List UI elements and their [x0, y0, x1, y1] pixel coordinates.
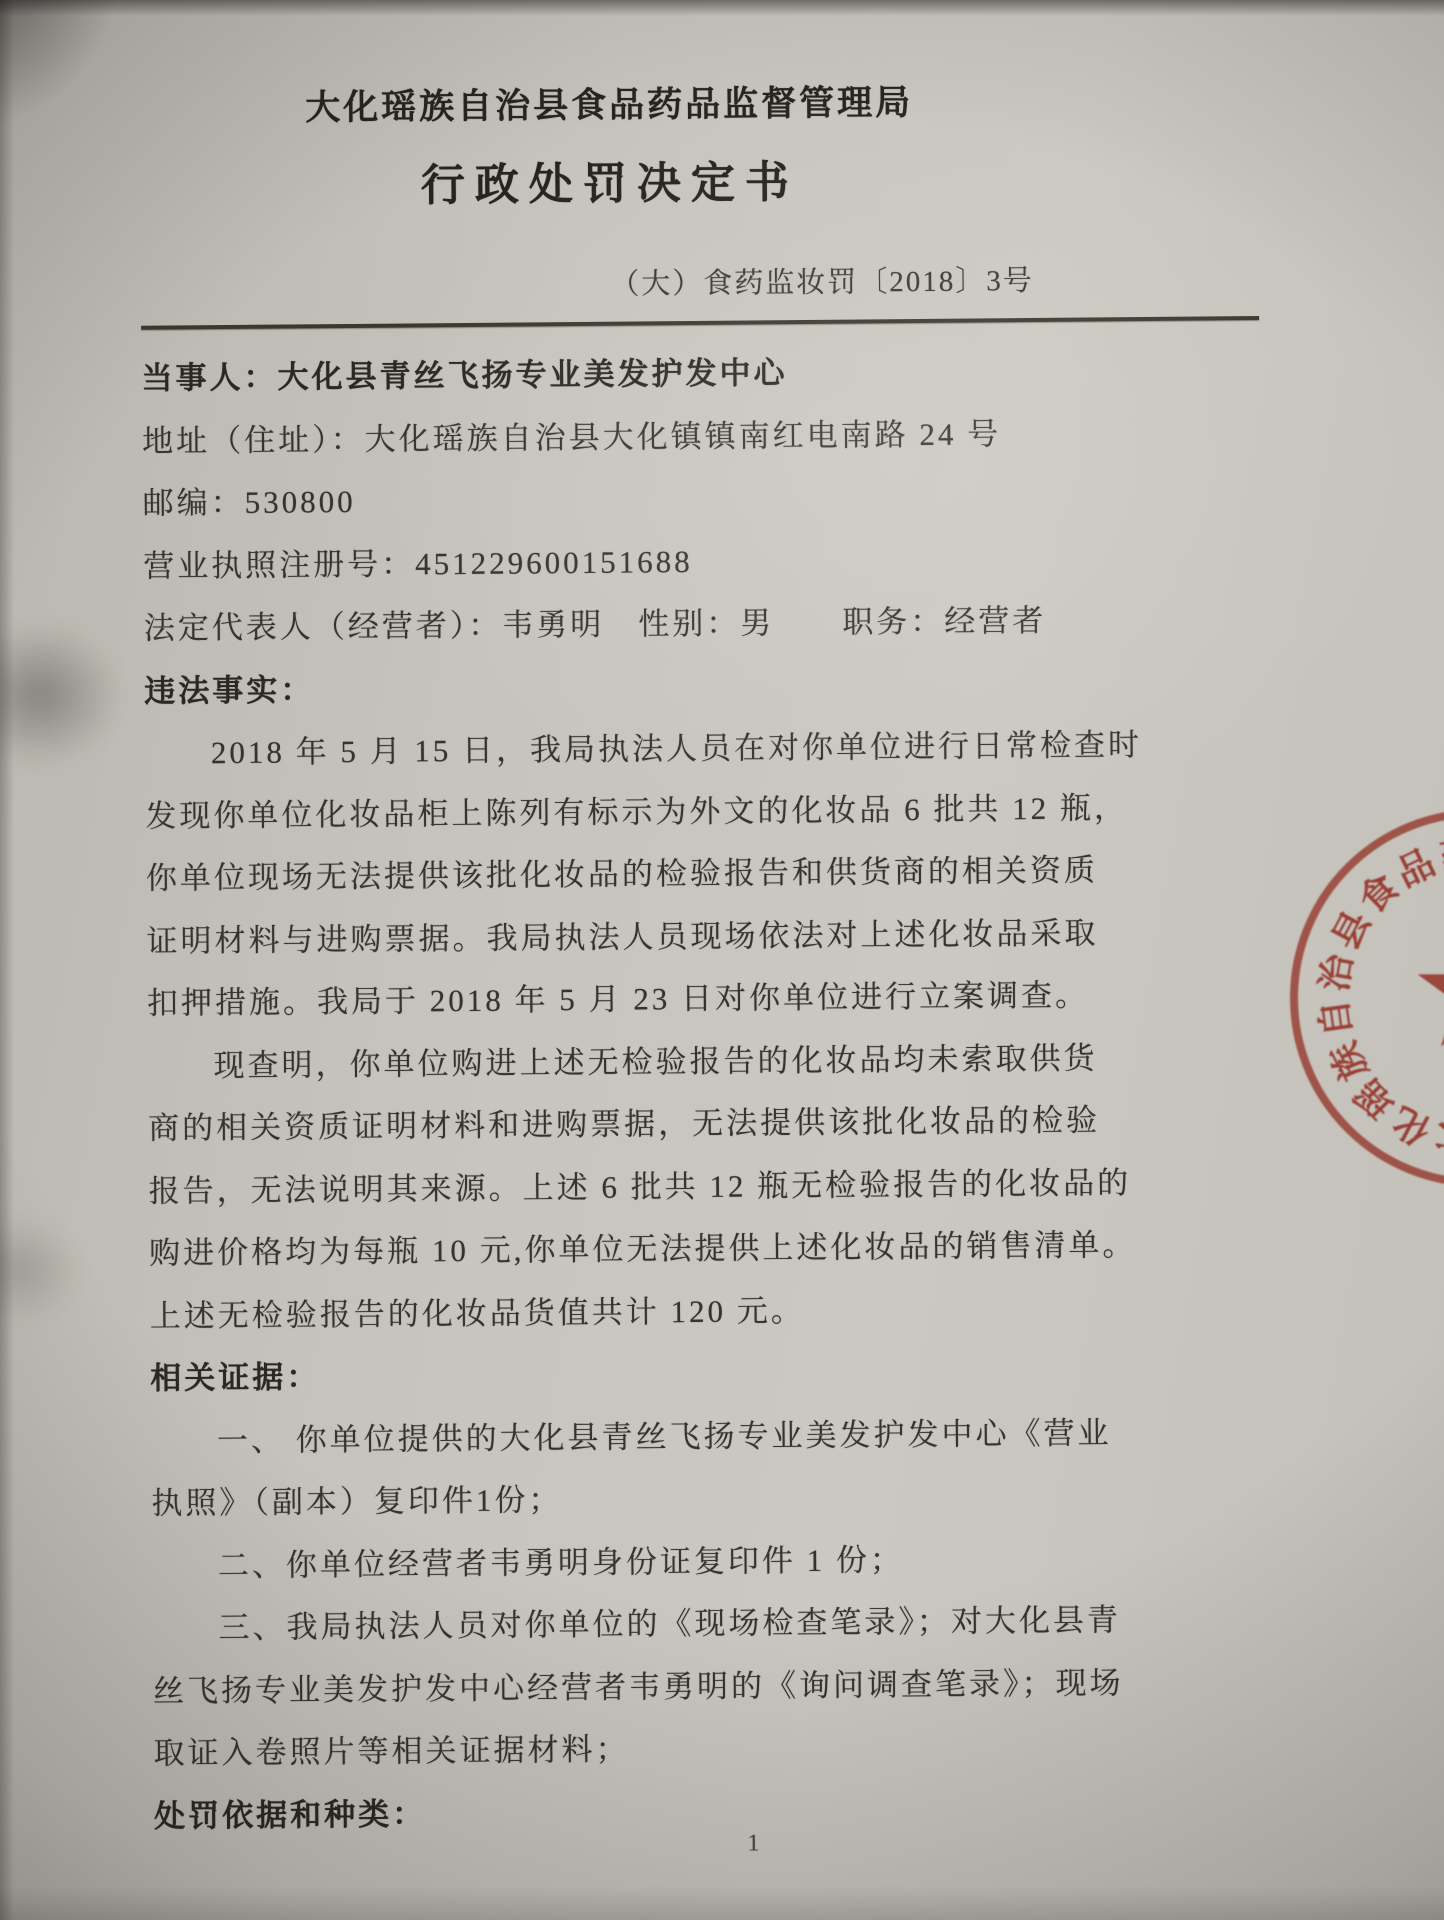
- body-line-license-no: 营业执照注册号：451229600151688: [143, 527, 1129, 598]
- body-line-postcode: 邮编：530800: [142, 464, 1128, 535]
- evidence-item-1: 一、 你单位提供的大化县青丝飞扬专业美发护发中心《营业: [151, 1402, 1137, 1473]
- document-title: 行政处罚决定书: [95, 143, 1126, 216]
- penalty-decision-document: 大化瑶族自治县食品药品监督管理局 行政处罚决定书 （大）食药监妆罚〔2018〕3…: [0, 0, 1444, 1920]
- document-body: 当事人：大化县青丝飞扬专业美发护发中心 地址（住址）：大化瑶族自治县大化镇镇南红…: [141, 339, 1139, 1848]
- page-number: 1: [747, 1830, 759, 1857]
- body-line: 2018 年 5 月 15 日，我局执法人员在对你单位进行日常检查时: [145, 714, 1131, 785]
- body-line-party: 当事人：大化县青丝飞扬专业美发护发中心: [141, 339, 1127, 410]
- document-number: （大）食药监妆罚〔2018〕3号: [96, 257, 1126, 307]
- paper: 大化瑶族自治县食品药品监督管理局 行政处罚决定书 （大）食药监妆罚〔2018〕3…: [0, 0, 1444, 1920]
- stamp-char: 自: [1303, 997, 1362, 1041]
- evidence-item-3-cont: 取证入卷照片等相关证据材料；: [153, 1714, 1139, 1785]
- body-line: 你单位现场无法提供该批化妆品的检验报告和供货商的相关资质: [146, 839, 1132, 910]
- evidence-item-1-cont: 执照》（副本）复印件1份；: [151, 1464, 1137, 1535]
- issuing-authority-title: 大化瑶族自治县食品药品监督管理局: [94, 73, 1124, 132]
- evidence-item-3-cont: 丝飞扬专业美发护发中心经营者韦勇明的《询问调查笔录》；现场: [153, 1652, 1139, 1723]
- evidence-item-3: 三、我局执法人员对你单位的《现场检查笔录》；对大化县青: [152, 1589, 1138, 1660]
- body-line: 购进价格均为每瓶 10 元,你单位无法提供上述化妆品的销售清单。: [149, 1214, 1135, 1285]
- body-line: 现查明，你单位购进上述无检验报告的化妆品均未索取供货: [147, 1027, 1133, 1098]
- document-photo: 大化瑶族自治县食品药品监督管理局 行政处罚决定书 （大）食药监妆罚〔2018〕3…: [0, 0, 1444, 1920]
- section-heading-facts: 违法事实：: [144, 652, 1130, 723]
- evidence-item-2: 二、你单位经营者韦勇明身份证复印件 1 份；: [152, 1527, 1138, 1598]
- body-line: 报告，无法说明其来源。上述 6 批共 12 瓶无检验报告的化妆品的: [148, 1152, 1134, 1223]
- body-line-legal-rep: 法定代表人（经营者）：韦勇明 性别：男 职务：经营者: [143, 589, 1129, 660]
- section-heading-evidence: 相关证据：: [150, 1339, 1136, 1410]
- section-heading-penalty-basis: 处罚依据和种类：: [154, 1777, 1140, 1848]
- divider-rule: [141, 316, 1259, 330]
- body-line-address: 地址（住址）：大化瑶族自治县大化镇镇南红电南路 24 号: [142, 402, 1128, 473]
- body-line: 上述无检验报告的化妆品货值共计 120 元。: [149, 1277, 1135, 1348]
- stamp-char: 治: [1303, 949, 1363, 995]
- stamp-star-icon: ★: [1407, 912, 1444, 1072]
- body-line: 商的相关资质证明材料和进购票据，无法提供该批化妆品的检验: [148, 1089, 1134, 1160]
- body-line: 扣押措施。我局于 2018 年 5 月 23 日对你单位进行立案调查。: [147, 964, 1133, 1035]
- body-line: 证明材料与进购票据。我局执法人员现场依法对上述化妆品采取: [146, 902, 1132, 973]
- body-line: 发现你单位化妆品柜上陈列有标示为外文的化妆品 6 批共 12 瓶，: [145, 777, 1131, 848]
- document-header: 大化瑶族自治县食品药品监督管理局 行政处罚决定书: [93, 0, 1123, 4]
